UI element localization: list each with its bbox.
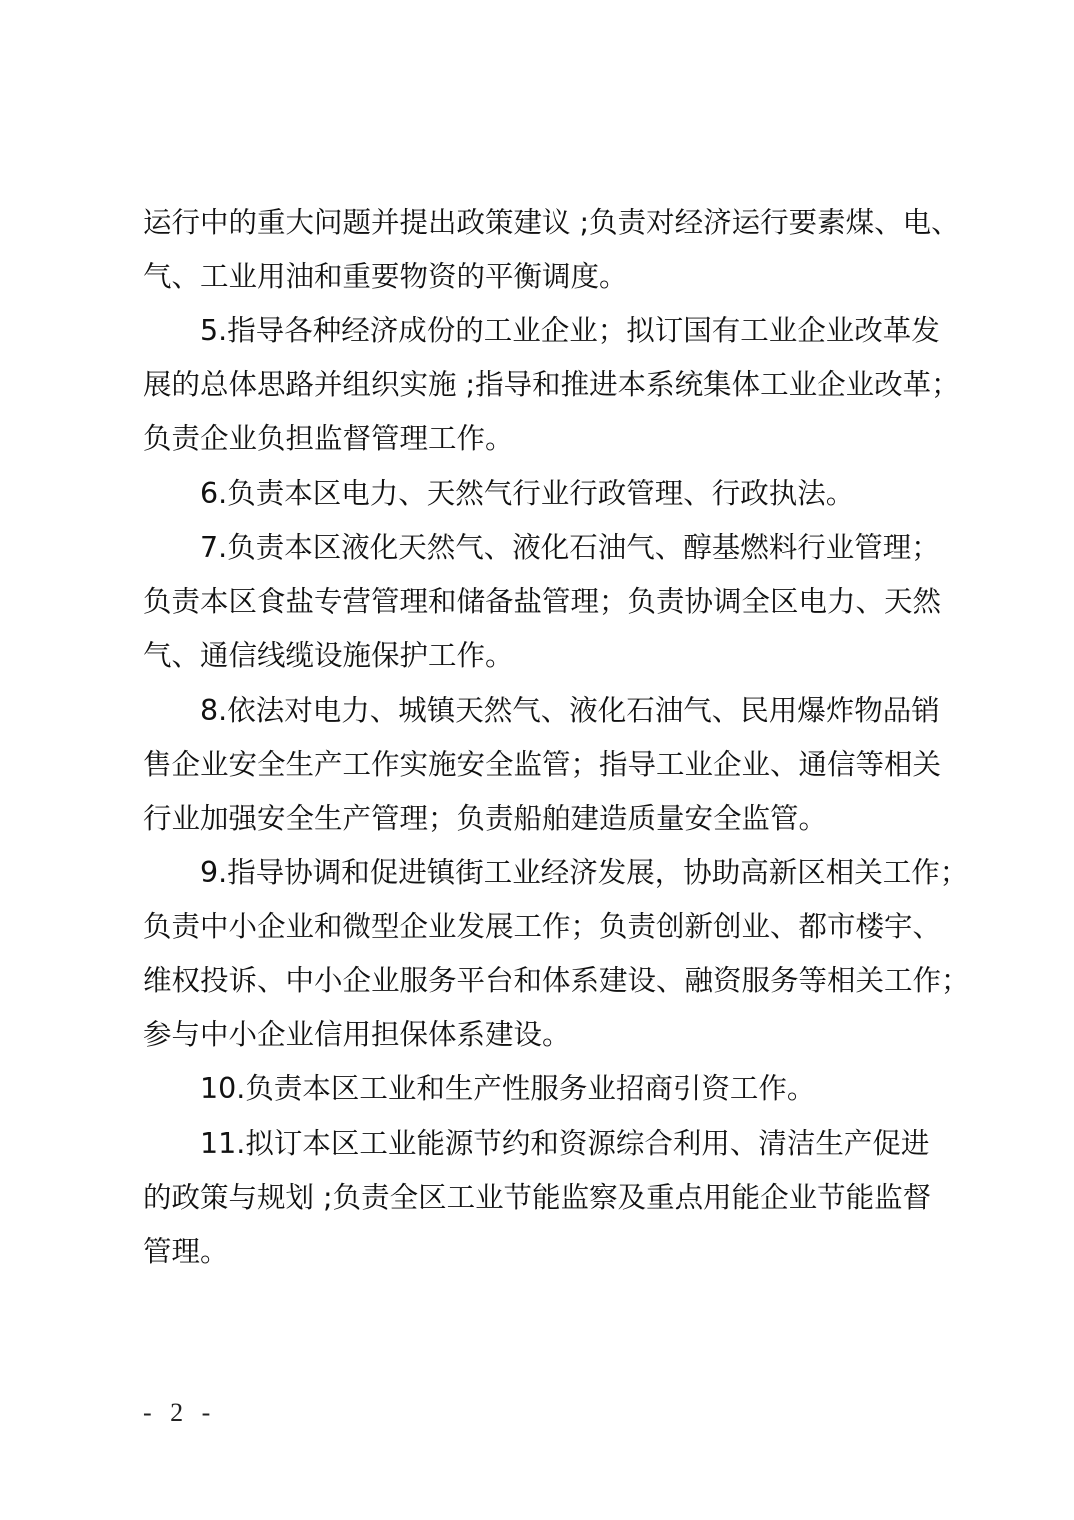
item-8-line: 8.依法对电力、城镇天然气、液化石油气、民用爆炸物品销 xyxy=(200,693,1010,729)
item-9-line: 9.指导协调和促进镇街工业经济发展，协助高新区相关工作； xyxy=(200,855,1010,891)
text-line: 的政策与规划 ;负责全区工业节能监察及重点用能企业节能监督 xyxy=(143,1180,953,1216)
text-line: 负责本区食盐专营管理和储备盐管理；负责协调全区电力、天然 xyxy=(143,584,953,620)
text-line: 负责企业负担监督管理工作。 xyxy=(143,421,953,457)
text-line: 气、工业用油和重要物资的平衡调度。 xyxy=(143,259,953,295)
text-line: 负责中小企业和微型企业发展工作；负责创新创业、都市楼宇、 xyxy=(143,909,953,945)
item-7-line: 7.负责本区液化天然气、液化石油气、醇基燃料行业管理； xyxy=(200,530,1010,566)
item-5-line: 5.指导各种经济成份的工业企业；拟订国有工业企业改革发 xyxy=(200,313,1010,349)
item-11-line: 11.拟订本区工业能源节约和资源综合利用、清洁生产促进 xyxy=(200,1126,1010,1162)
page-number: - 2 - xyxy=(143,1398,216,1428)
text-line: 参与中小企业信用担保体系建设。 xyxy=(143,1017,953,1053)
text-line: 行业加强安全生产管理；负责船舶建造质量安全监管。 xyxy=(143,801,953,837)
document-page: 运行中的重大问题并提出政策建议 ;负责对经济运行要素煤、电、 气、工业用油和重要… xyxy=(0,0,1074,1520)
text-line: 气、通信线缆设施保护工作。 xyxy=(143,638,953,674)
text-line: 售企业安全生产工作实施安全监管；指导工业企业、通信等相关 xyxy=(143,747,953,783)
text-line: 管理。 xyxy=(143,1234,953,1270)
item-6-line: 6.负责本区电力、天然气行业行政管理、行政执法。 xyxy=(200,476,1010,512)
text-line: 展的总体思路并组织实施 ;指导和推进本系统集体工业企业改革； xyxy=(143,367,953,403)
text-line: 维权投诉、中小企业服务平台和体系建设、融资服务等相关工作； xyxy=(143,963,953,999)
text-line: 运行中的重大问题并提出政策建议 ;负责对经济运行要素煤、电、 xyxy=(143,205,953,241)
item-10-line: 10.负责本区工业和生产性服务业招商引资工作。 xyxy=(200,1071,1010,1107)
